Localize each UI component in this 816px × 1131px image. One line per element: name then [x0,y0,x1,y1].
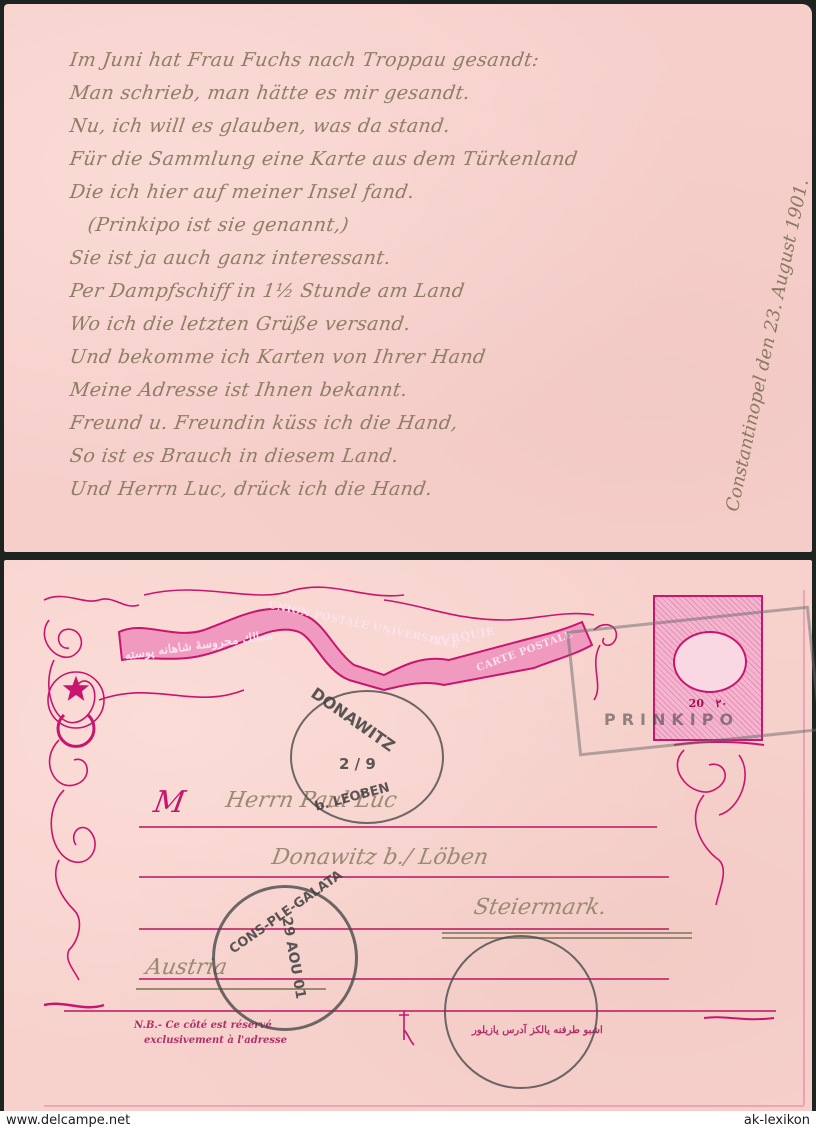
postmark-arabic [444,935,598,1089]
poem-line: Meine Adresse ist Ihnen bekannt. [68,379,409,401]
postcard-front: ممالك محروسهٔ شاهانه پوسته UNION POSTALE… [4,560,812,1112]
poem-line: (Prinkipo ist sie genannt,) [86,214,350,236]
postcard-back: Im Juni hat Frau Fuchs nach Troppau gesa… [4,4,812,552]
poem-line: Per Dampfschiff in 1½ Stunde am Land [68,280,466,302]
watermark-right: ak-lexikon [744,1113,810,1128]
poem-line: Nu, ich will es glauben, was da stand. [68,115,451,137]
watermark-bar: www.delcampe.net ak-lexikon [0,1111,816,1131]
date-line: Constantinopel den 23. August 1901. [722,177,813,513]
underline-double [442,937,692,939]
address-line-1 [139,826,657,828]
postmark-donawitz-date: 2 / 9 [339,755,376,773]
poem-line: Für die Sammlung eine Karte aus dem Türk… [68,148,579,170]
poem-line: Und bekomme ich Karten von Ihrer Hand [68,346,487,368]
poem-line: So ist es Brauch in diesem Land. [68,445,400,467]
nb-note-line2: exclusivement à l'adresse [144,1035,287,1046]
address-line-5 [64,1010,776,1012]
recipient-town: Donawitz b./ Löben [270,845,490,870]
postmark-prinkipo-town: PRINKIPO [604,710,739,729]
watermark-left: www.delcampe.net [6,1113,130,1128]
poem-line: Wo ich die letzten Grüße versand. [68,313,412,335]
poem-line: Im Juni hat Frau Fuchs nach Troppau gesa… [68,49,540,71]
salutation-mark: M [151,785,188,820]
underline-double [442,932,692,934]
poem-line: Freund u. Freundin küss ich die Hand, [68,412,459,434]
poem-line: Sie ist ja auch ganz interessant. [68,247,392,269]
postmark-prinkipo-box [566,606,816,757]
recipient-region: Steiermark. [472,895,609,920]
poem-line: Die ich hier auf meiner Insel fand. [68,181,416,203]
poem-line: Und Herrn Luc, drück ich die Hand. [68,478,434,500]
address-line-2 [139,876,669,878]
poem-line: Man schrieb, man hätte es mir gesandt. [68,82,471,104]
